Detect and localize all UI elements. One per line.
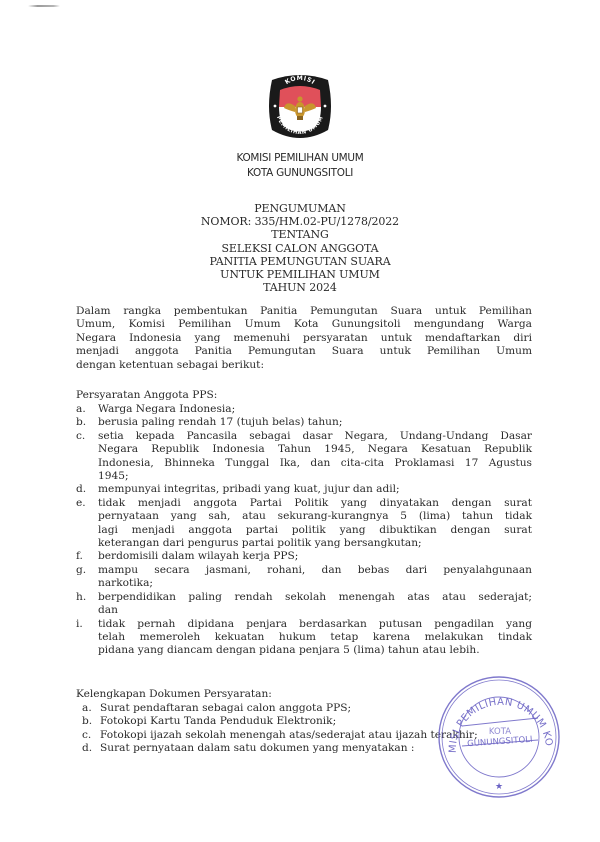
announcement-title: PENGUMUMAN NOMOR: 335/HM.02-PU/1278/2022… xyxy=(0,202,600,294)
list-item: b.Fotokopi Kartu Tanda Penduduk Elektron… xyxy=(82,715,482,728)
list-item: h. berpendidikan paling rendah sekolah m… xyxy=(76,591,532,618)
kpu-logo: KOMISI PEMILIHAN UMUM xyxy=(264,72,336,142)
institution-name: KOMISI PEMILIHAN UMUM xyxy=(15,150,585,165)
title-line: UNTUK PEMILIHAN UMUM xyxy=(0,268,600,281)
announcement-number: NOMOR: 335/HM.02-PU/1278/2022 xyxy=(0,215,600,228)
requirements-list: a.Warga Negara Indonesia; b.berusia pali… xyxy=(76,403,532,658)
list-item: c.Fotokopi ijazah sekolah menengah atas/… xyxy=(82,729,482,742)
list-item: f.berdomisili dalam wilayah kerja PPS; xyxy=(76,550,532,563)
title-line: PANITIA PEMUNGUTAN SUARA xyxy=(0,255,600,268)
requirements-heading: Persyaratan Anggota PPS: xyxy=(76,389,217,402)
list-item: a.Surat pendaftaran sebagai calon anggot… xyxy=(82,702,482,715)
institution-city: KOTA GUNUNGSITOLI xyxy=(15,165,585,180)
list-item: d.Surat pernyataan dalam satu dokumen ya… xyxy=(82,742,482,755)
list-item: g. mampu secara jasmani, rohani, dan beb… xyxy=(76,564,532,591)
title-line: PENGUMUMAN xyxy=(0,202,600,215)
title-line: TENTANG xyxy=(0,228,600,241)
intro-paragraph: Dalam rangka pembentukan Panitia Pemungu… xyxy=(76,305,532,372)
documents-heading: Kelengkapan Dokumen Persyaratan: xyxy=(76,688,272,701)
list-item: c. setia kepada Pancasila sebagai dasar … xyxy=(76,430,532,484)
scan-artifact xyxy=(28,5,60,7)
intro-line: Dalam rangka pembentukan Panitia Pemungu… xyxy=(76,305,532,318)
list-item: i. tidak pernah dipidana penjara berdasa… xyxy=(76,618,532,658)
title-year: TAHUN 2024 xyxy=(0,281,600,294)
intro-line: Negara Indonesia yang memenuhi persyarat… xyxy=(76,332,532,345)
list-item: d.mempunyai integritas, pribadi yang kua… xyxy=(76,483,532,496)
star-icon: ★ xyxy=(495,782,503,792)
intro-line: Umum, Komisi Pemilihan Umum Kota Gunungs… xyxy=(76,318,532,331)
list-item: b.berusia paling rendah 17 (tujuh belas)… xyxy=(76,416,532,429)
svg-text:GUNUNGSITOLI: GUNUNGSITOLI xyxy=(467,735,533,750)
title-line: SELEKSI CALON ANGGOTA xyxy=(0,242,600,255)
intro-line: dengan ketentuan sebagai berikut: xyxy=(76,359,532,372)
intro-line: menjadi anggota Panitia Pemungutan Suara… xyxy=(76,345,532,358)
list-item: a.Warga Negara Indonesia; xyxy=(76,403,532,416)
official-stamp: KOMISI PEMILIHAN UMUM KOTA KOTA GUNUNGSI… xyxy=(436,674,562,800)
letterhead: KOMISI PEMILIHAN UMUM KOTA GUNUNGSITOLI xyxy=(15,150,585,180)
documents-list: a.Surat pendaftaran sebagai calon anggot… xyxy=(82,702,482,756)
list-item: e. tidak menjadi anggota Partai Politik … xyxy=(76,497,532,551)
